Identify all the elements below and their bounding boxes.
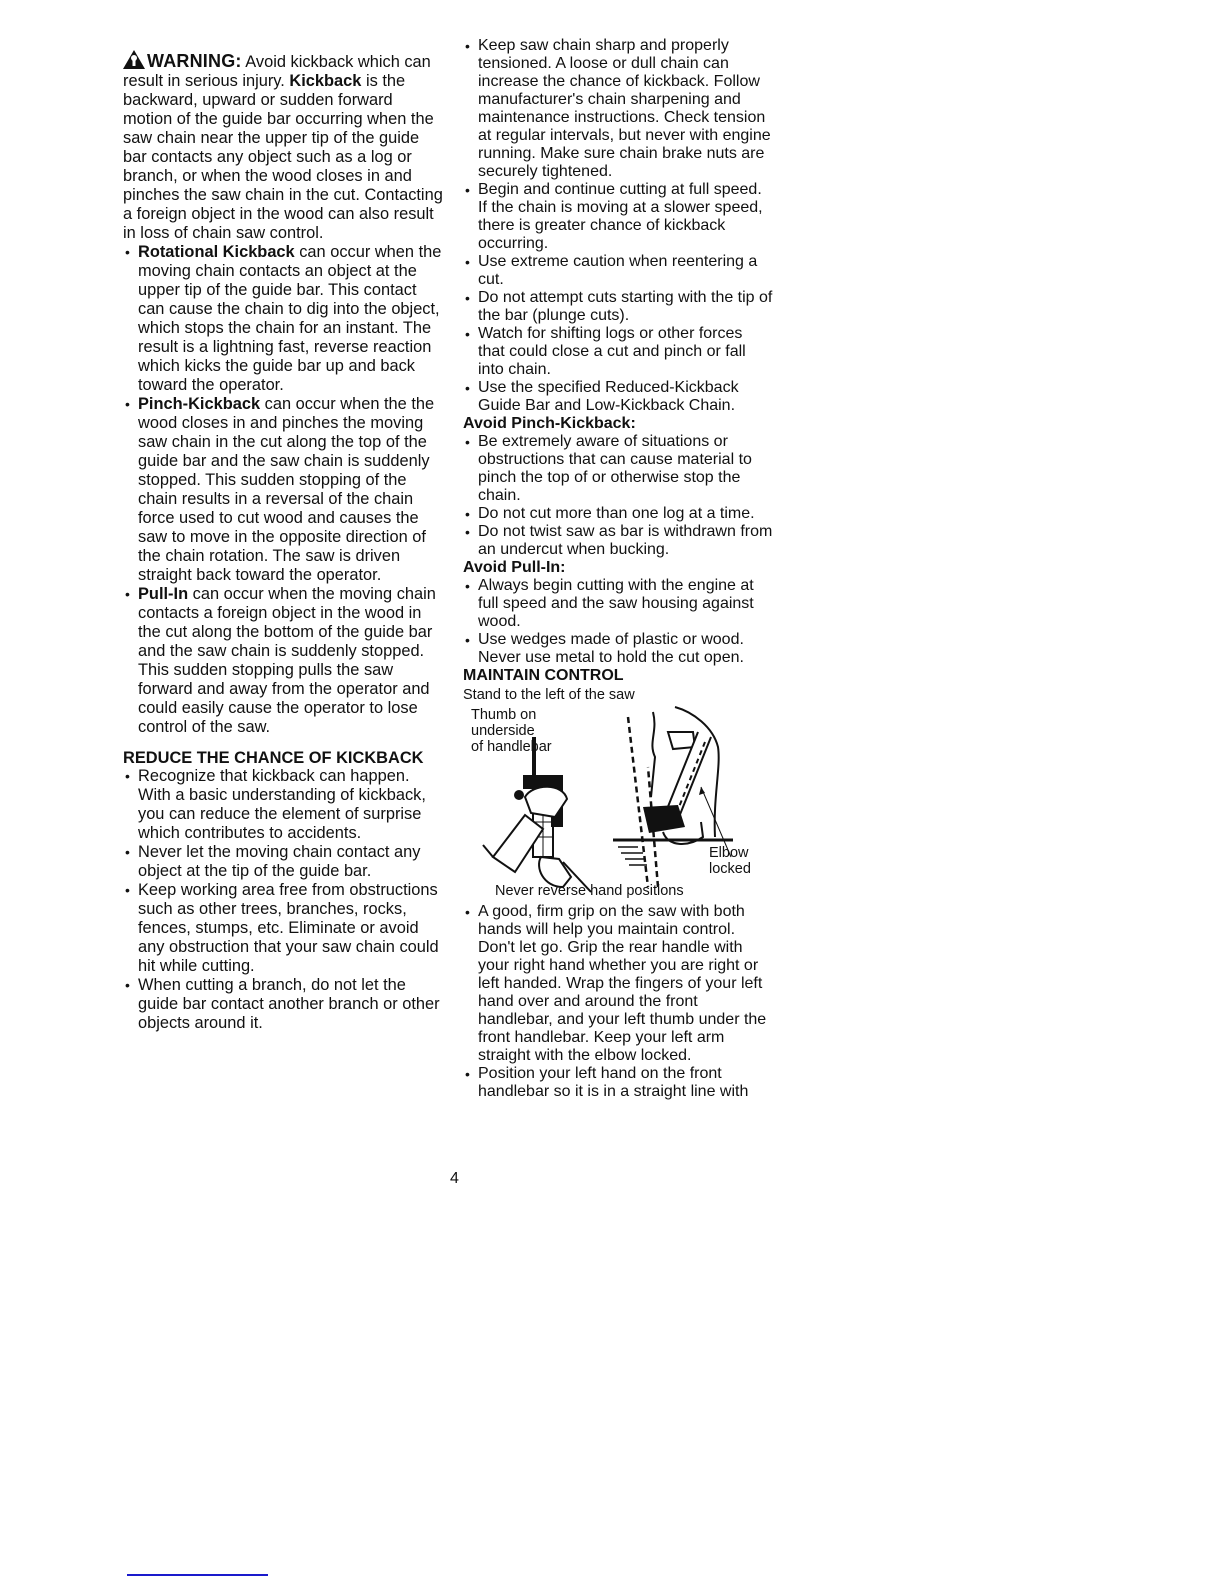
caption-never-reverse: Never reverse hand positions	[495, 883, 684, 899]
caption-stand-left: Stand to the left of the saw	[463, 687, 635, 703]
hand-position-figure: Stand to the left of the saw Thumb on un…	[463, 687, 763, 899]
reduce-kickback-list: Recognize that kickback can happen. With…	[123, 767, 443, 1033]
left-column: WARNING: Avoid kickback which can result…	[123, 50, 443, 1033]
list-item: When cutting a branch, do not let the gu…	[123, 976, 443, 1033]
label-thumb-line-2: underside	[471, 723, 535, 739]
list-item: Be extremely aware of situations or obst…	[463, 433, 773, 505]
label-elbow-line-2: locked	[709, 861, 751, 877]
list-item-pull-in: Pull-In can occur when the moving chain …	[123, 585, 443, 737]
list-item-rotational-kickback: Rotational Kickback can occur when the m…	[123, 243, 443, 395]
warning-paragraph: WARNING: Avoid kickback which can result…	[123, 50, 443, 243]
list-item-pinch-kickback: Pinch-Kickback can occur when the the wo…	[123, 395, 443, 585]
reduce-kickback-list-continued: Keep saw chain sharp and properly tensio…	[463, 37, 773, 415]
list-item: Use wedges made of plastic or wood. Neve…	[463, 631, 773, 667]
label-elbow-line-1: Elbow	[709, 845, 749, 861]
kickback-term: Kickback	[289, 72, 361, 90]
pinch-kickback-text: can occur when the the wood closes in an…	[138, 395, 434, 584]
list-item: Do not attempt cuts starting with the ti…	[463, 289, 773, 325]
list-item: Do not twist saw as bar is withdrawn fro…	[463, 523, 773, 559]
list-item: Begin and continue cutting at full speed…	[463, 181, 773, 253]
right-column: Keep saw chain sharp and properly tensio…	[463, 37, 773, 1101]
pinch-kickback-list: Be extremely aware of situations or obst…	[463, 433, 773, 559]
subheading-avoid-pinch-kickback: Avoid Pinch-Kickback:	[463, 415, 773, 433]
pull-in-text: can occur when the moving chain contacts…	[138, 585, 436, 736]
list-item: Keep working area free from obstructions…	[123, 881, 443, 976]
list-item: Use the specified Reduced-Kickback Guide…	[463, 379, 773, 415]
page-number: 4	[450, 1170, 459, 1188]
warning-definition: is the backward, upward or sudden forwar…	[123, 72, 443, 242]
section-heading-reduce-kickback: REDUCE THE CHANCE OF KICKBACK	[123, 749, 443, 767]
list-item: A good, firm grip on the saw with both h…	[463, 903, 773, 1065]
footer-link-rule	[127, 1574, 268, 1576]
list-item: Keep saw chain sharp and properly tensio…	[463, 37, 773, 181]
pull-in-list: Always begin cutting with the engine at …	[463, 577, 773, 667]
rotational-kickback-text: can occur when the moving chain contacts…	[138, 243, 441, 394]
list-item: Always begin cutting with the engine at …	[463, 577, 773, 631]
list-item: Position your left hand on the front han…	[463, 1065, 773, 1101]
kickback-types-list: Rotational Kickback can occur when the m…	[123, 243, 443, 737]
list-item: Recognize that kickback can happen. With…	[123, 767, 443, 843]
term-rotational-kickback: Rotational Kickback	[138, 243, 295, 261]
subheading-avoid-pull-in: Avoid Pull-In:	[463, 559, 773, 577]
term-pinch-kickback: Pinch-Kickback	[138, 395, 260, 413]
label-thumb-line-3: of handlebar	[471, 739, 552, 755]
list-item: Use extreme caution when reentering a cu…	[463, 253, 773, 289]
list-item: Never let the moving chain contact any o…	[123, 843, 443, 881]
warning-label: WARNING:	[147, 51, 242, 71]
list-item: Do not cut more than one log at a time.	[463, 505, 773, 523]
section-heading-maintain-control: MAINTAIN CONTROL	[463, 667, 773, 685]
warning-triangle-icon	[123, 50, 145, 69]
term-pull-in: Pull-In	[138, 585, 188, 603]
label-thumb-line-1: Thumb on	[471, 707, 536, 723]
list-item: Watch for shifting logs or other forces …	[463, 325, 773, 379]
maintain-control-list: A good, firm grip on the saw with both h…	[463, 903, 773, 1101]
